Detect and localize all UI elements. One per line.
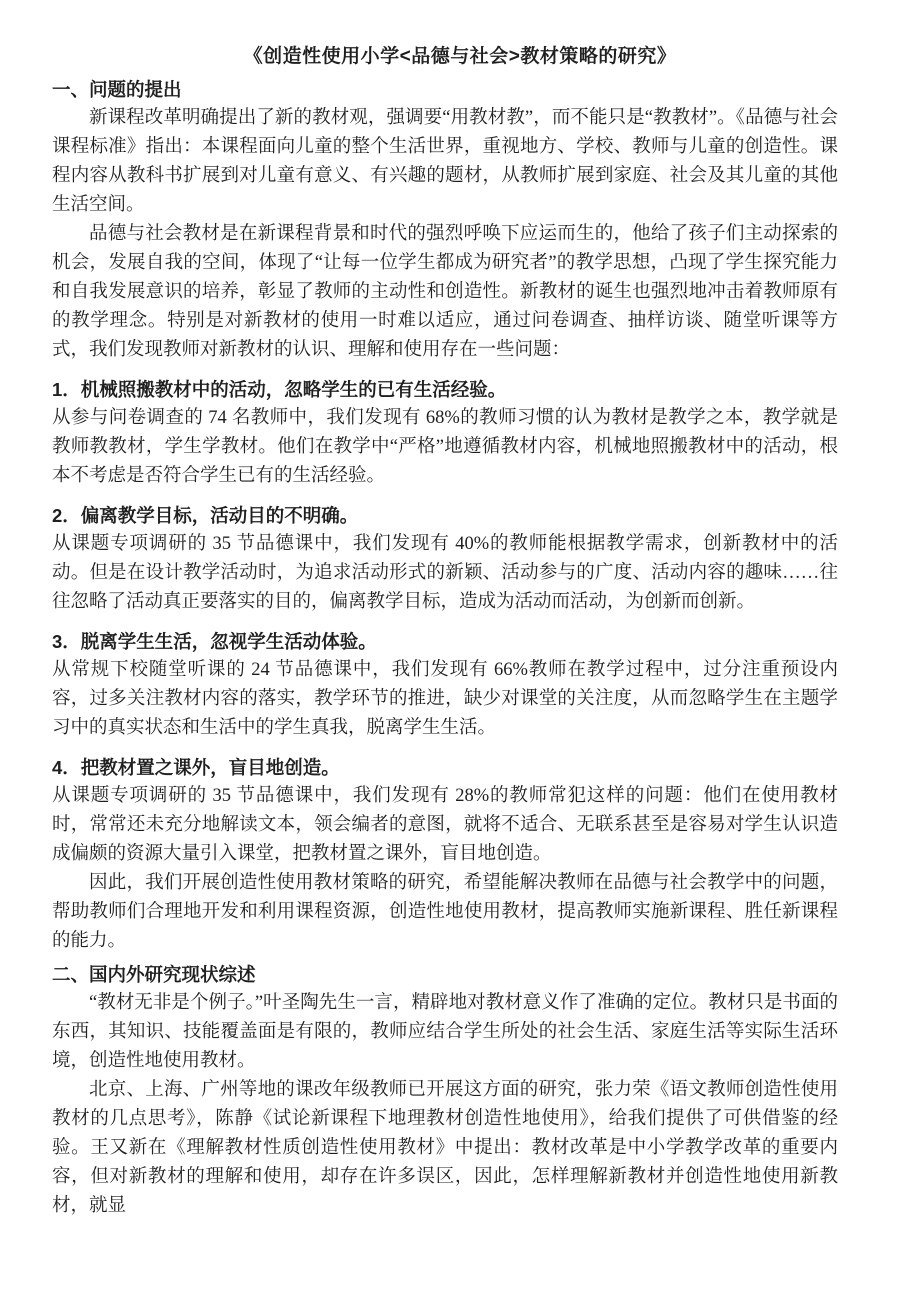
document-title: 《创造性使用小学<品德与社会>教材策略的研究》 xyxy=(0,42,920,71)
section-heading: 1．机械照搬教材中的活动，忽略学生的已有生活经验。 xyxy=(52,375,838,404)
section-heading: 一、问题的提出 xyxy=(52,75,838,104)
paragraph: 从常规下校随堂听课的 24 节品德课中，我们发现有 66%教师在教学过程中，过分… xyxy=(52,656,838,743)
paragraph: 北京、上海、广州等地的课改年级教师已开展这方面的研究，张力荣《语文教师创造性使用… xyxy=(52,1076,838,1221)
paragraph: 新课程改革明确提出了新的教材观，强调要“用教材教”，而不能只是“教教材”。《品德… xyxy=(52,104,838,220)
section-heading: 4．把教材置之课外，盲目地创造。 xyxy=(52,753,838,782)
paragraph: 从参与问卷调查的 74 名教师中，我们发现有 68%的教师习惯的认为教材是教学之… xyxy=(52,404,838,491)
section-heading: 3．脱离学生生活，忽视学生活动体验。 xyxy=(52,627,838,656)
document-body: 一、问题的提出新课程改革明确提出了新的教材观，强调要“用教材教”，而不能只是“教… xyxy=(52,75,838,1221)
paragraph: 因此，我们开展创造性使用教材策略的研究，希望能解决教师在品德与社会教学中的问题，… xyxy=(52,869,838,956)
paragraph: 从课题专项调研的 35 节品德课中，我们发现有 40%的教师能根据教学需求，创新… xyxy=(52,530,838,617)
paragraph: “教材无非是个例子。”叶圣陶先生一言，精辟地对教材意义作了准确的定位。教材只是书… xyxy=(52,989,838,1076)
paragraph: 品德与社会教材是在新课程背景和时代的强烈呼唤下应运而生的，他给了孩子们主动探索的… xyxy=(52,220,838,365)
document-page: 《创造性使用小学<品德与社会>教材策略的研究》 一、问题的提出新课程改革明确提出… xyxy=(0,0,920,1302)
section-heading: 2．偏离教学目标，活动目的不明确。 xyxy=(52,501,838,530)
section-heading: 二、国内外研究现状综述 xyxy=(52,960,838,989)
paragraph: 从课题专项调研的 35 节品德课中，我们发现有 28%的教师常犯这样的问题：他们… xyxy=(52,782,838,869)
